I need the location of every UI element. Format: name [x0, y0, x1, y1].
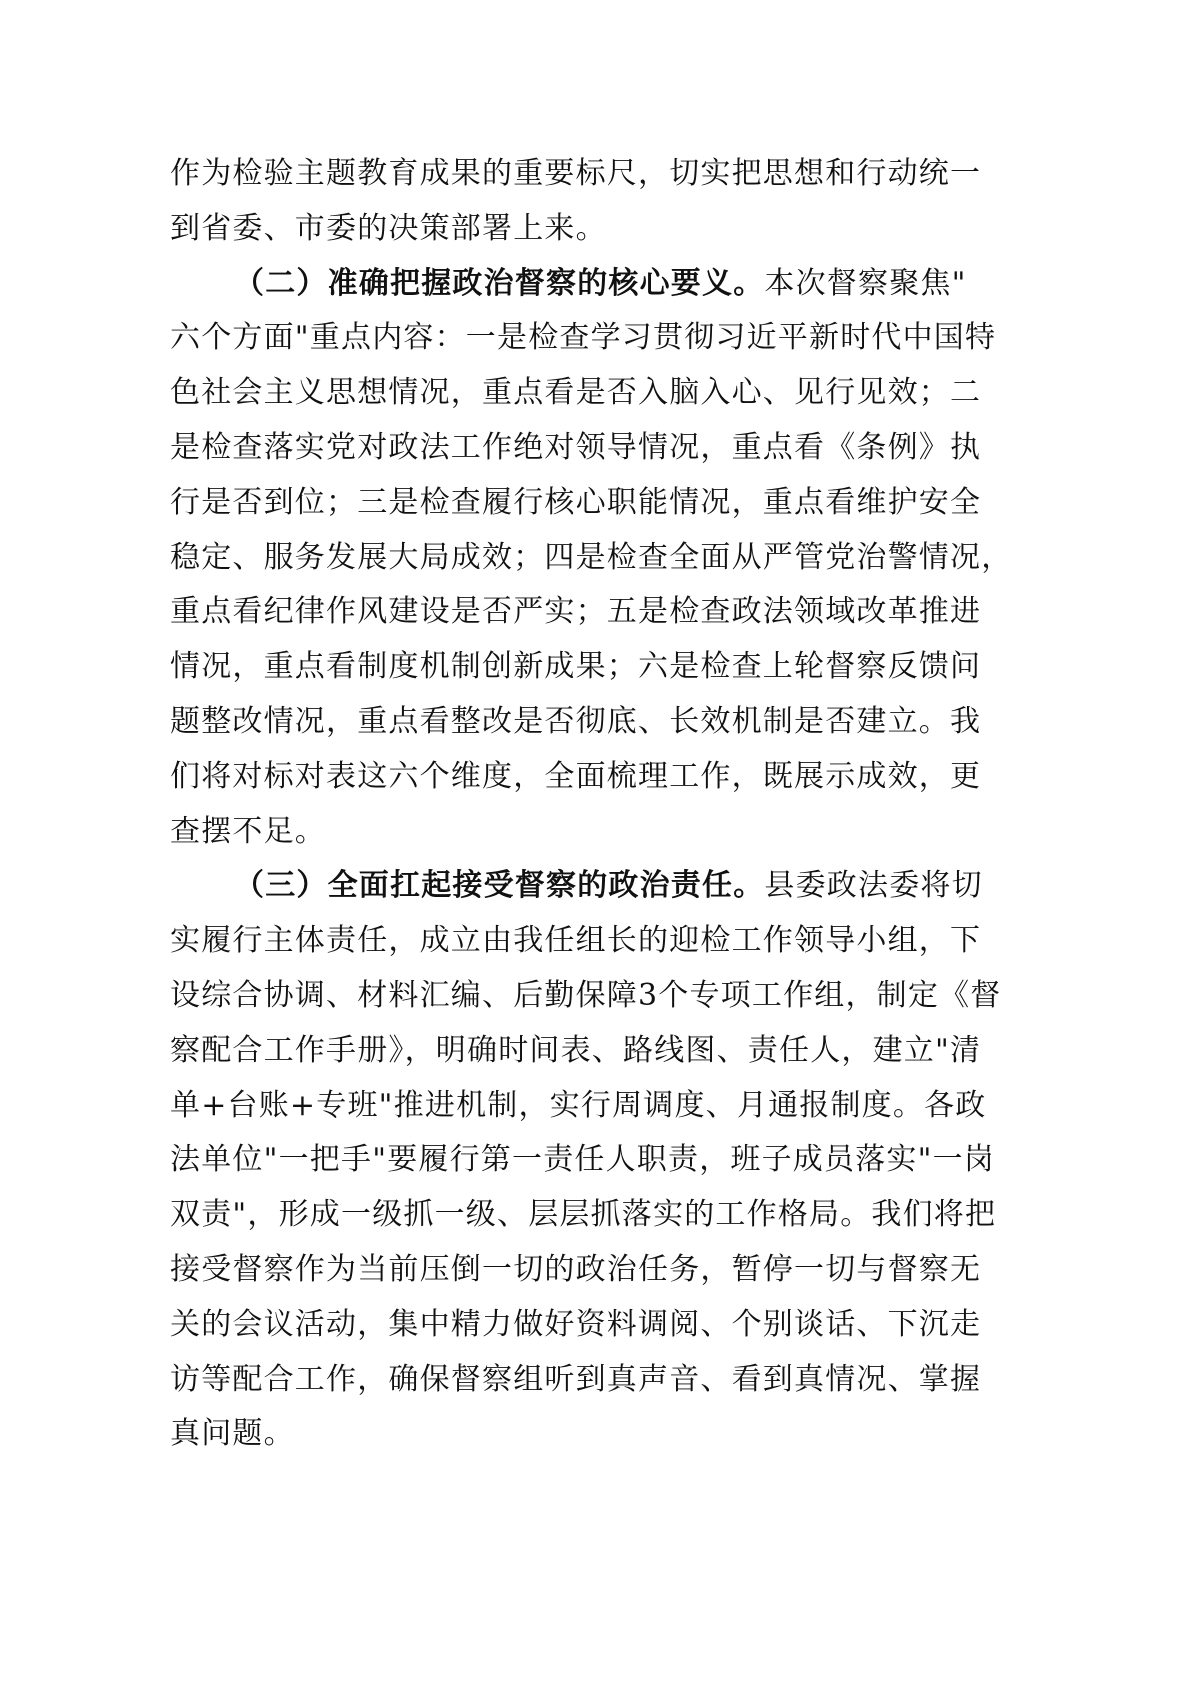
text-line: 题整改情况，重点看整改是否彻底、长效机制是否建立。我 — [170, 695, 942, 750]
text-line: 色社会主义思想情况，重点看是否入脑入心、见行见效；二 — [170, 366, 942, 421]
text-line: 接受督察作为当前压倒一切的政治任务，暂停一切与督察无 — [170, 1243, 942, 1298]
text-line: 真问题。 — [170, 1407, 942, 1462]
section-2-heading: （二）准确把握政治督察的核心要义。 — [234, 266, 764, 301]
text-line: 稳定、服务发展大局成效；四是检查全面从严管党治警情况， — [170, 531, 942, 586]
text-line: 查摆不足。 — [170, 805, 942, 860]
text-line: 访等配合工作，确保督察组听到真声音、看到真情况、掌握 — [170, 1353, 942, 1408]
section-2-first-line: （二）准确把握政治督察的核心要义。本次督察聚焦" — [170, 257, 942, 312]
section-3-text: 县委政法委将切 — [764, 868, 982, 903]
text-line: 们将对标对表这六个维度，全面梳理工作，既展示成效，更 — [170, 750, 942, 805]
text-line: 是检查落实党对政法工作绝对领导情况，重点看《条例》执 — [170, 421, 942, 476]
section-3-heading: （三）全面扛起接受督察的政治责任。 — [234, 868, 764, 903]
text-line: 重点看纪律作风建设是否严实；五是检查政法领域改革推进 — [170, 585, 942, 640]
section-2-text: 本次督察聚焦" — [764, 266, 966, 301]
text-line: 情况，重点看制度机制创新成果；六是检查上轮督察反馈问 — [170, 640, 942, 695]
text-line: 设综合协调、材料汇编、后勤保障3个专项工作组，制定《督 — [170, 969, 942, 1024]
text-line: 行是否到位；三是检查履行核心职能情况，重点看维护安全 — [170, 476, 942, 531]
text-line: 法单位"一把手"要履行第一责任人职责，班子成员落实"一岗 — [170, 1133, 942, 1188]
text-line: 到省委、市委的决策部署上来。 — [170, 202, 942, 257]
text-line: 单+台账+专班"推进机制，实行周调度、月通报制度。各政 — [170, 1079, 942, 1134]
section-3-first-line: （三）全面扛起接受督察的政治责任。县委政法委将切 — [170, 859, 942, 914]
text-line: 作为检验主题教育成果的重要标尺，切实把思想和行动统一 — [170, 147, 942, 202]
text-line: 六个方面"重点内容：一是检查学习贯彻习近平新时代中国特 — [170, 311, 942, 366]
text-line: 实履行主体责任，成立由我任组长的迎检工作领导小组，下 — [170, 914, 942, 969]
text-line: 双责"，形成一级抓一级、层层抓落实的工作格局。我们将把 — [170, 1188, 942, 1243]
text-line: 关的会议活动，集中精力做好资料调阅、个别谈话、下沉走 — [170, 1298, 942, 1353]
document-page: 作为检验主题教育成果的重要标尺，切实把思想和行动统一 到省委、市委的决策部署上来… — [170, 147, 942, 1462]
text-line: 察配合工作手册》，明确时间表、路线图、责任人，建立"清 — [170, 1024, 942, 1079]
